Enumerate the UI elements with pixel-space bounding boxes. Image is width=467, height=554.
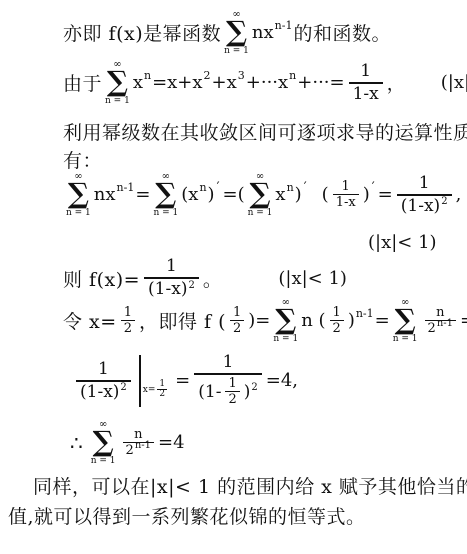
denominator: 2n-1: [425, 320, 456, 336]
fraction: 1 2: [121, 306, 135, 336]
numerator: 1: [356, 63, 375, 82]
text-run: 令 x=: [63, 307, 117, 334]
line-12: 值,就可以得到一系列繁花似锦的恒等式。: [8, 502, 366, 529]
fraction: 1 (1- 1 2 ) 2: [194, 354, 262, 407]
math-run: )=: [248, 310, 270, 331]
fraction: 1 (1-x)2: [144, 258, 199, 298]
fraction: n 2n-1: [123, 428, 154, 458]
line-3: 利用幂级数在其收敛区间可逐项求导的运算性质: [63, 118, 467, 145]
prime-mark: ′: [304, 180, 307, 195]
denominator: 2: [330, 320, 344, 336]
equals-sign: =: [175, 370, 190, 391]
sigma-glyph: ∑: [275, 307, 296, 334]
prime-mark: ′: [217, 180, 220, 195]
equals-sign: =: [375, 310, 390, 331]
equals-sign: =: [460, 310, 467, 331]
text-run: 亦即 f(x)是幂函数: [63, 19, 221, 46]
fraction: 1 2: [225, 377, 239, 407]
math-run: ): [348, 310, 355, 331]
denominator-text: (1-: [198, 384, 221, 401]
fraction: 1 (1-x)2: [76, 361, 131, 401]
numerator: 1: [157, 380, 167, 389]
numerator: 1: [94, 361, 113, 380]
subscript-text: x=: [143, 385, 156, 395]
superscript: n-1: [275, 19, 293, 32]
denominator: (1-x)2: [144, 277, 199, 298]
summation-symbol: ∞ ∑ n = 1: [105, 60, 130, 106]
sum-lower-limit: n = 1: [224, 47, 249, 56]
math-run: ): [208, 184, 215, 205]
denominator-text: (1-x): [80, 384, 119, 401]
evaluation-subscript: x= 1 2: [143, 380, 169, 399]
fraction: n 2n-1: [425, 306, 456, 336]
superscript: 3: [238, 69, 245, 82]
math-run: +···x: [246, 72, 288, 93]
sigma-glyph: ∑: [249, 181, 270, 208]
fraction: 1 (1-x)2: [397, 175, 452, 215]
line-5: ∞ ∑ n = 1 nx n-1 = ∞ ∑ n = 1 (x n ) ′ =(…: [63, 172, 461, 218]
text-run: 则 f(x)=: [63, 265, 140, 292]
summation-symbol: ∞ ∑ n = 1: [224, 10, 249, 56]
condition-text: (|x|< 1): [441, 72, 467, 93]
sum-lower-limit: n = 1: [66, 209, 91, 218]
denominator-text: (1-x): [401, 198, 440, 215]
numerator: 1: [162, 258, 181, 277]
sum-lower-limit: n = 1: [105, 97, 130, 106]
numerator: 1: [230, 306, 244, 320]
numerator: 1: [330, 306, 344, 320]
line-7: 则 f(x)= 1 (1-x)2 。 (|x|< 1): [63, 258, 347, 298]
superscript: n: [144, 69, 151, 82]
comma: ,: [456, 184, 462, 205]
line-8: 令 x= 1 2 ，即得 f ( 1 2 )= ∞ ∑ n = 1 n ( 1 …: [63, 298, 467, 344]
denominator-text: 2: [428, 322, 436, 335]
sum-lower-limit: n = 1: [91, 457, 116, 466]
math-run: =4: [158, 432, 185, 453]
math-run: ): [295, 184, 302, 205]
fraction: 1 2: [230, 306, 244, 336]
therefore-symbol: ∴: [70, 431, 83, 455]
condition-text: (|x|< 1): [278, 268, 347, 289]
fraction: 1 2: [157, 380, 167, 399]
numerator: 1: [225, 377, 239, 391]
text-run: 有：: [63, 146, 102, 173]
text-run: ，即得 f (: [139, 307, 226, 334]
superscript: 2: [251, 383, 257, 393]
superscript: n: [199, 181, 206, 194]
summation-symbol: ∞ ∑ n = 1: [393, 298, 418, 344]
denominator: (1-x)2: [397, 194, 452, 215]
denominator: 2n-1: [123, 442, 154, 458]
denominator: (1- 1 2 ) 2: [194, 373, 262, 407]
superscript: 2: [441, 197, 447, 207]
sigma-glyph: ∑: [155, 181, 176, 208]
line-6: (|x|< 1): [368, 232, 437, 253]
sum-lower-limit: n = 1: [273, 335, 298, 344]
denominator: (1-x)2: [76, 380, 131, 401]
evaluation-bar: [139, 355, 141, 407]
text-run: 的和函数。: [293, 19, 391, 46]
superscript: n-1: [135, 441, 151, 451]
superscript: n: [287, 181, 294, 194]
prime-mark: ′: [372, 180, 375, 195]
sum-lower-limit: n = 1: [393, 335, 418, 344]
summation-symbol: ∞ ∑ n = 1: [153, 172, 178, 218]
sigma-glyph: ∑: [107, 69, 128, 96]
denominator-text: 2: [126, 444, 134, 457]
line-2: 由于 ∞ ∑ n = 1 x n =x+x 2 +x 3 +···x n +··…: [63, 60, 467, 106]
equals-sign: =(: [223, 184, 245, 205]
superscript: n: [289, 69, 296, 82]
numerator: 1: [219, 354, 238, 373]
sum-lower-limit: n = 1: [153, 209, 178, 218]
summation-symbol: ∞ ∑ n = 1: [273, 298, 298, 344]
line-4: 有：: [63, 146, 102, 173]
denominator: 1-x: [349, 82, 383, 103]
math-run: n (: [301, 310, 325, 331]
fraction: 1 2: [330, 306, 344, 336]
numerator: 1: [339, 180, 353, 194]
superscript: n-1: [117, 181, 135, 194]
summation-symbol: ∞ ∑ n = 1: [248, 172, 273, 218]
line-10: ∴ ∞ ∑ n = 1 n 2n-1 =4: [70, 420, 185, 466]
text-run: 同样，可以在|x|< 1 的范围内给 x 赋予其他恰当的数: [33, 472, 467, 499]
comma: ，: [387, 70, 405, 96]
math-run: x: [133, 72, 143, 93]
math-run: =4,: [266, 370, 298, 391]
denominator: 2: [230, 320, 244, 336]
superscript: 2: [188, 281, 194, 291]
close-paren: ): [363, 184, 370, 205]
text-run: 值,就可以得到一系列繁花似锦的恒等式。: [8, 502, 366, 529]
fraction: 1 1-x: [333, 180, 359, 210]
sum-lower-limit: n = 1: [248, 209, 273, 218]
sigma-glyph: ∑: [395, 307, 416, 334]
sigma-glyph: ∑: [226, 19, 247, 46]
superscript: n-1: [356, 307, 374, 320]
denominator-text: ): [244, 384, 251, 401]
math-run: nx: [94, 184, 116, 205]
superscript: 2: [120, 383, 126, 393]
superscript: n-1: [437, 319, 453, 329]
denominator: 1-x: [333, 194, 359, 210]
line-9: 1 (1-x)2 x= 1 2 = 1 (1- 1 2 ) 2 =4,: [72, 354, 298, 407]
sigma-glyph: ∑: [68, 181, 89, 208]
denominator-text: (1-x): [148, 281, 187, 298]
math-run: nx: [252, 22, 274, 43]
superscript: 2: [204, 69, 211, 82]
line-1: 亦即 f(x)是幂函数 ∞ ∑ n = 1 nx n-1 的和函数。: [63, 10, 391, 56]
line-11: 同样，可以在|x|< 1 的范围内给 x 赋予其他恰当的数: [33, 472, 467, 499]
text-run: 利用幂级数在其收敛区间可逐项求导的运算性质: [63, 118, 467, 145]
open-paren: (: [322, 184, 329, 205]
sigma-glyph: ∑: [93, 429, 114, 456]
numerator: 1: [121, 306, 135, 320]
text-run: 由于: [63, 69, 102, 96]
math-run: x: [275, 184, 285, 205]
summation-symbol: ∞ ∑ n = 1: [66, 172, 91, 218]
math-run: =x+x: [152, 72, 202, 93]
denominator: 2: [157, 389, 167, 399]
condition-text: (|x|< 1): [368, 232, 437, 253]
math-run: +···=: [297, 72, 344, 93]
equals-sign: =: [378, 184, 393, 205]
denominator: 2: [225, 391, 239, 407]
denominator: 2: [121, 320, 135, 336]
equals-sign: =: [135, 184, 150, 205]
math-run: (x: [181, 184, 198, 205]
fraction: 1 1-x: [349, 63, 383, 103]
page: 亦即 f(x)是幂函数 ∞ ∑ n = 1 nx n-1 的和函数。 由于 ∞ …: [0, 0, 467, 554]
math-run: +x: [212, 72, 237, 93]
numerator: 1: [415, 175, 434, 194]
period: 。: [203, 265, 223, 292]
summation-symbol: ∞ ∑ n = 1: [91, 420, 116, 466]
